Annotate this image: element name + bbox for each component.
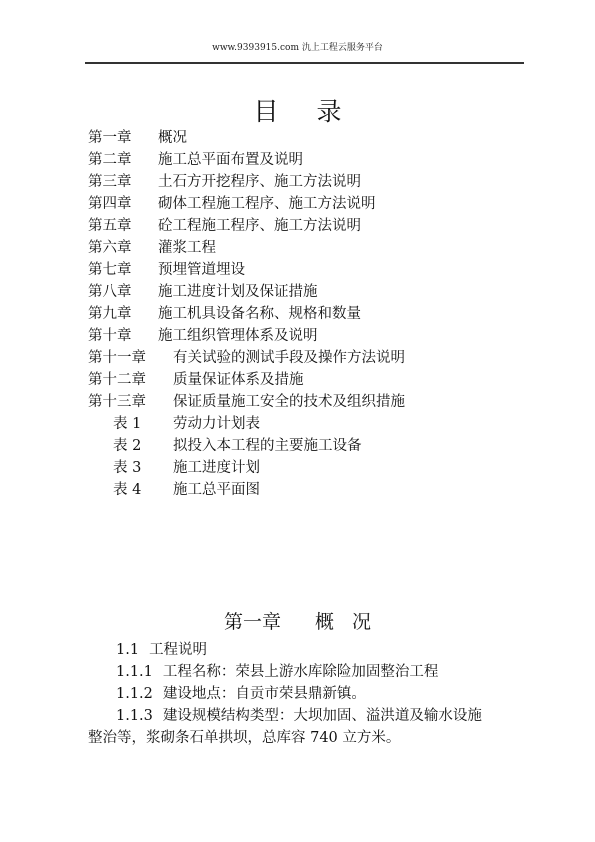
toc-item[interactable]: 第八章施工进度计划及保证措施 [88,281,405,303]
toc-item[interactable]: 第五章砼工程施工程序、施工方法说明 [88,215,405,237]
toc-item-number: 表 3 [113,457,173,479]
table-of-contents: 第一章概况 第二章施工总平面布置及说明 第三章土石方开挖程序、施工方法说明 第四… [88,127,405,501]
toc-item[interactable]: 第四章砌体工程施工程序、施工方法说明 [88,193,405,215]
section-number: 1.1.3 [116,705,153,727]
section-text: 建设地点：自贡市荣县鼎新镇。 [163,686,366,702]
toc-item-number: 表 1 [113,413,173,435]
toc-item[interactable]: 第一章概况 [88,127,405,149]
toc-item-label: 施工进度计划及保证措施 [158,281,318,303]
toc-table-item[interactable]: 表 4施工总平面图 [88,479,405,501]
header-rule [85,62,524,64]
toc-table-item[interactable]: 表 2拟投入本工程的主要施工设备 [88,435,405,457]
toc-item-label: 砌体工程施工程序、施工方法说明 [158,193,376,215]
toc-item-label: 质量保证体系及措施 [173,369,304,391]
chapter-title-char: 概 [315,607,334,634]
toc-item-number: 第三章 [88,171,158,193]
section-number: 1.1.2 [116,683,153,705]
toc-item-label: 保证质量施工安全的技术及组织措施 [173,391,405,413]
toc-item-number: 第九章 [88,303,158,325]
paragraph-continuation: 整治等，浆砌条石单拱坝，总库容 740 立方米。 [88,727,528,749]
toc-item[interactable]: 第九章施工机具设备名称、规格和数量 [88,303,405,325]
toc-item-label: 土石方开挖程序、施工方法说明 [158,171,361,193]
page-header: www.9393915.com 氿上工程云服务平台 [0,40,595,53]
toc-item-number: 第十一章 [88,347,173,369]
section-text: 工程说明 [149,642,207,658]
toc-item[interactable]: 第十二章质量保证体系及措施 [88,369,405,391]
toc-item-number: 表 4 [113,479,173,501]
toc-title: 目录 [0,92,595,128]
toc-item-number: 第十二章 [88,369,173,391]
toc-item-label: 施工总平面图 [173,479,260,501]
toc-table-item[interactable]: 表 3施工进度计划 [88,457,405,479]
toc-item-label: 劳动力计划表 [173,413,260,435]
toc-title-char: 目 [253,97,316,126]
chapter-body: 1.1工程说明 1.1.1工程名称：荣县上游水库除险加固整治工程 1.1.2建设… [88,639,528,749]
toc-item-label: 有关试验的测试手段及操作方法说明 [173,347,405,369]
toc-item[interactable]: 第十三章保证质量施工安全的技术及组织措施 [88,391,405,413]
toc-item[interactable]: 第十章施工组织管理体系及说明 [88,325,405,347]
section-line: 1.1.1工程名称：荣县上游水库除险加固整治工程 [88,661,528,683]
section-number: 1.1 [116,639,139,661]
section-number: 1.1.1 [116,661,153,683]
toc-item-label: 概况 [158,127,187,149]
toc-title-char: 录 [317,97,380,126]
toc-item[interactable]: 第十一章有关试验的测试手段及操作方法说明 [88,347,405,369]
section-text: 工程名称：荣县上游水库除险加固整治工程 [163,664,439,680]
toc-item-number: 第一章 [88,127,158,149]
toc-item-label: 预埋管道埋设 [158,259,245,281]
toc-item-label: 施工总平面布置及说明 [158,149,303,171]
toc-table-item[interactable]: 表 1劳动力计划表 [88,413,405,435]
toc-item[interactable]: 第二章施工总平面布置及说明 [88,149,405,171]
toc-item-number: 第十章 [88,325,158,347]
section-line: 1.1.2建设地点：自贡市荣县鼎新镇。 [88,683,528,705]
toc-item-number: 第五章 [88,215,158,237]
chapter-title-char: 况 [352,607,371,634]
toc-item-number: 第七章 [88,259,158,281]
toc-item-label: 拟投入本工程的主要施工设备 [173,435,362,457]
section-line: 1.1.3建设规模结构类型：大坝加固、溢洪道及输水设施 [88,705,528,727]
toc-item-label: 施工机具设备名称、规格和数量 [158,303,361,325]
chapter-heading: 第一章概况 [0,607,595,634]
toc-item-number: 表 2 [113,435,173,457]
toc-item-label: 施工组织管理体系及说明 [158,325,318,347]
toc-item[interactable]: 第六章灌浆工程 [88,237,405,259]
section-line: 1.1工程说明 [88,639,528,661]
toc-item-label: 砼工程施工程序、施工方法说明 [158,215,361,237]
toc-item[interactable]: 第七章预埋管道埋设 [88,259,405,281]
chapter-number: 第一章 [224,607,281,634]
toc-item-number: 第六章 [88,237,158,259]
toc-item-number: 第八章 [88,281,158,303]
toc-item-label: 施工进度计划 [173,457,260,479]
section-text: 建设规模结构类型：大坝加固、溢洪道及输水设施 [163,708,482,724]
toc-item-number: 第二章 [88,149,158,171]
toc-item-number: 第四章 [88,193,158,215]
toc-item[interactable]: 第三章土石方开挖程序、施工方法说明 [88,171,405,193]
toc-item-label: 灌浆工程 [158,237,216,259]
toc-item-number: 第十三章 [88,391,173,413]
